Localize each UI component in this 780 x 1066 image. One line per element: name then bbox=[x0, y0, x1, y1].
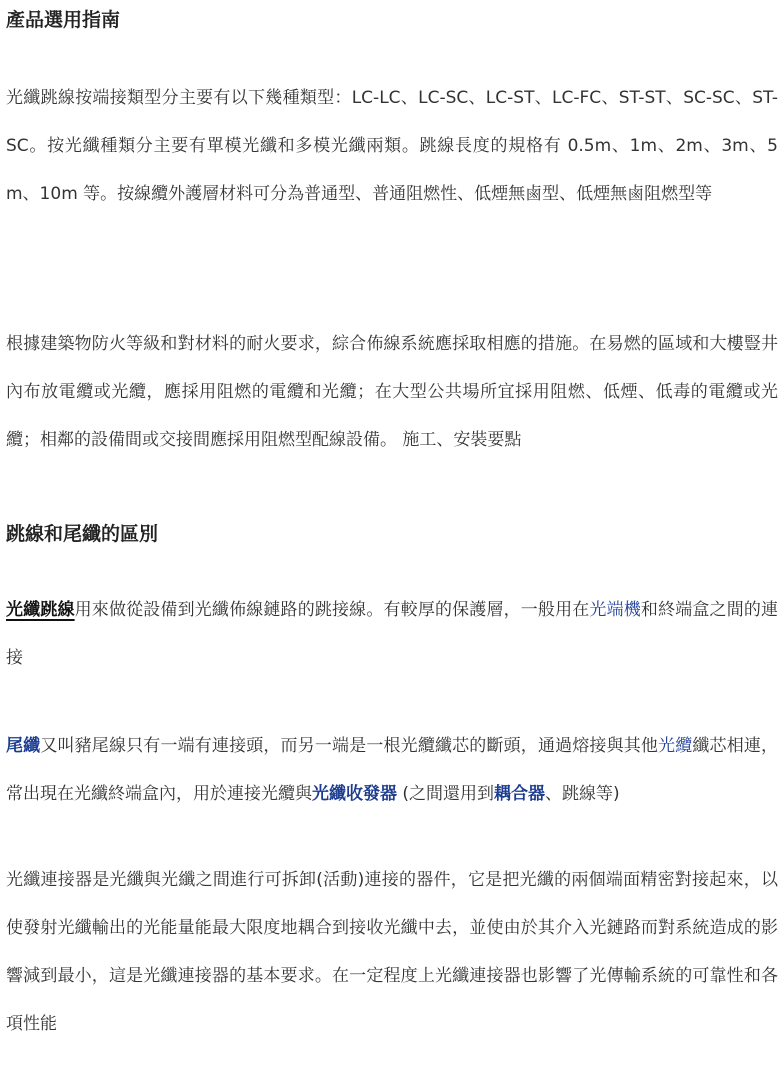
paragraph-pigtail: 尾纖又叫豬尾線只有一端有連接頭，而另一端是一根光纜纖芯的斷頭，通過熔接與其他光纜… bbox=[6, 722, 778, 818]
paragraph-connector-types: 光纖跳線按端接類型分主要有以下幾種類型：LC-LC、LC-SC、LC-ST、LC… bbox=[6, 74, 778, 218]
article-page: 產品選用指南 光纖跳線按端接類型分主要有以下幾種類型：LC-LC、LC-SC、L… bbox=[0, 0, 780, 1066]
term-pigtail-link[interactable]: 尾纖 bbox=[6, 736, 40, 756]
link-coupler[interactable]: 耦合器 bbox=[494, 784, 545, 804]
link-fiber-transceiver[interactable]: 光纖收發器 bbox=[312, 784, 397, 804]
term-fiber-jumper-link[interactable]: 光纖跳線 bbox=[6, 600, 75, 620]
section-title-jumper-vs-pigtail: 跳線和尾纖的區別 bbox=[6, 522, 158, 546]
paragraph-jumper: 光纖跳線用來做從設備到光纖佈線鏈路的跳接線。有較厚的保護層，一般用在光端機和終端… bbox=[6, 586, 778, 682]
pigtail-text-c: (之間還用到 bbox=[397, 784, 494, 804]
paragraph-fiber-connector: 光纖連接器是光纖與光纖之間進行可拆卸(活動)連接的器件，它是把光纖的兩個端面精密… bbox=[6, 856, 778, 1048]
link-optical-terminal[interactable]: 光端機 bbox=[589, 600, 640, 620]
pigtail-text-d: 、跳線等) bbox=[545, 784, 620, 804]
jumper-text-a: 用來做從設備到光纖佈線鏈路的跳接線。有較厚的保護層，一般用在 bbox=[75, 600, 590, 620]
pigtail-text-a: 又叫豬尾線只有一端有連接頭，而另一端是一根光纜纖芯的斷頭，通過熔接與其他 bbox=[40, 736, 658, 756]
section-title-product-guide: 產品選用指南 bbox=[6, 8, 120, 32]
paragraph-fire-safety: 根據建築物防火等級和對材料的耐火要求，綜合佈線系統應採取相應的措施。在易燃的區域… bbox=[6, 320, 778, 464]
link-optical-cable[interactable]: 光纜 bbox=[658, 736, 692, 756]
